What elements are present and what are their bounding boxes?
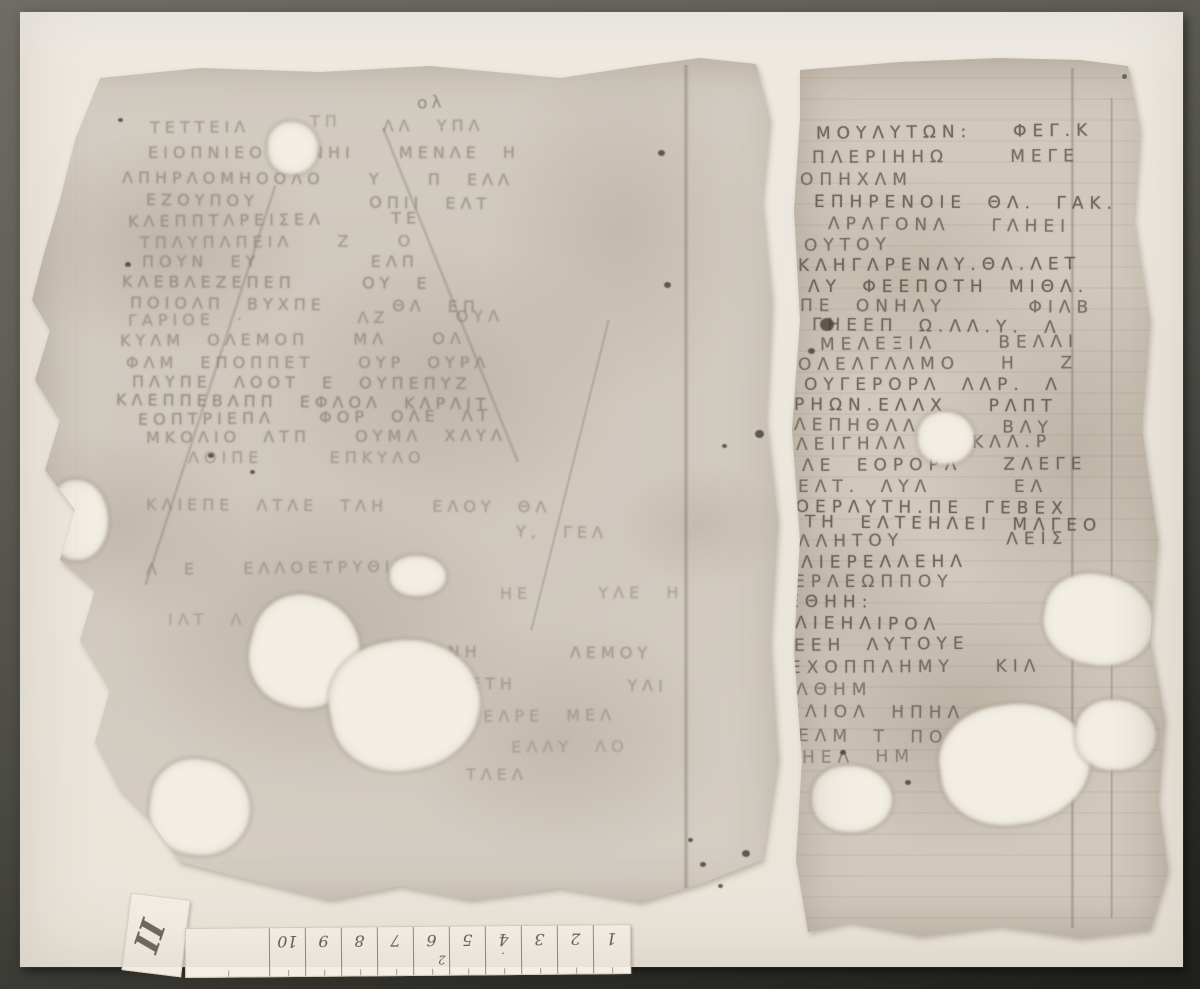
ruler-tick <box>504 968 505 974</box>
text-line: ΕΡΛΕΩΠΠΟΥ <box>794 572 954 592</box>
ink-speck <box>664 282 671 288</box>
left-page: ολ ΤΠΤΕΤΤΕΙΛ ΛΛ ΥΠΛΕΙΟΠΝΙΕΟ ΝΗΙ ΜΕΝΛΕ ΗΛ… <box>28 55 790 910</box>
ruler-cell: 9 <box>305 928 341 976</box>
manuscript-photograph: ολ ΤΠΤΕΤΤΕΙΛ ΛΛ ΥΠΛΕΙΟΠΝΙΕΟ ΝΗΙ ΜΕΝΛΕ ΗΛ… <box>20 12 1183 967</box>
ink-speck <box>700 862 706 867</box>
text-line: ΚΛΕΒΛΕΖΕΠΕΠ ΟΥ Ε <box>122 272 432 293</box>
ruler-number: 7 <box>378 931 413 950</box>
text-line: ΟΝΗ ΛΕΜΟΥ <box>430 642 652 662</box>
text-line: ΤΠΛΥΠΛΠΕΙΛ Ζ Ο <box>140 231 415 252</box>
ruler-number: 1 <box>594 929 629 948</box>
text-line: ΟΛΕΛΓΛΛΜΟ Η Ζ <box>798 353 1078 375</box>
text-line: ΕΘΗΗ: <box>788 592 874 613</box>
text-line: ΗΕ ΥΛΕ Η <box>500 583 683 603</box>
ink-speck <box>905 780 911 785</box>
text-line: ΚΛΙΕΠΕ ΛΤΛΕ ΤΛΗ ΕΛΟΥ ΘΛ <box>146 495 551 516</box>
ruler-tick <box>468 968 469 974</box>
text-line: ΟΥΤΟΥ <box>804 235 892 256</box>
text-line: ΗΕΛ ΗΜ <box>802 747 915 768</box>
damage-hole <box>1037 566 1161 674</box>
damage-hole <box>812 766 892 832</box>
ruler-cell: 8 <box>341 927 377 975</box>
right-page: ΜΟΥΛΥΤΩΝ: ΦΕΓ.ΚΠΛΕΡΙΗΗΩ ΜΕΓΕΟΠΗΧΛΜΕΠΗΡΕΝ… <box>792 58 1172 940</box>
damage-hole <box>1076 700 1156 770</box>
text-line: ΛΟΙΠΕ ΕΠΚΥΛΟ <box>188 448 426 467</box>
text-line: ΜΚΟΛΙΟ ΛΤΠ ΟΥΜΛ ΧΛΥΛ <box>146 426 507 447</box>
ruler-cell: 10 <box>269 928 305 976</box>
ruler-number: 5 <box>450 930 485 949</box>
ink-speck <box>208 453 214 458</box>
text-line: ΟΠΗΧΛΜ <box>800 170 913 190</box>
ruler-tick <box>324 970 325 976</box>
text-line: ΦΛΜ ΕΠΟΠΠΕΤ ΟΥΡ ΟΥΡΛ <box>126 353 490 372</box>
damage-hole <box>144 754 256 862</box>
ruler-cell: 6 <box>413 927 449 975</box>
ink-speck <box>742 850 750 857</box>
text-line: ΕΛΤ. ΛΥΛ ΕΛ <box>798 477 1048 497</box>
ink-speck <box>718 884 723 888</box>
ink-speck <box>755 430 764 438</box>
ruler-cell: 5 <box>449 926 485 974</box>
scale-ruler: 109876543212· <box>185 924 631 978</box>
damage-hole <box>390 556 446 596</box>
text-line: ΛΠΗΡΛΟΜΗΟΟΛΟ Υ Π ΕΛΛ <box>122 168 514 189</box>
left-page-text: ολ ΤΠΤΕΤΤΕΙΛ ΛΛ ΥΠΛΕΙΟΠΝΙΕΟ ΝΗΙ ΜΕΝΛΕ ΗΛ… <box>28 55 790 910</box>
ink-speck <box>722 444 727 448</box>
text-line: ΛΘΗΜ <box>796 680 872 700</box>
text-line: ΟΥΓΕΡΟΡΛ ΛΛΡ. Λ <box>804 375 1063 395</box>
text-line: ΜΕΛΕΞΙΛ ΒΕΛΛΙ <box>820 332 1079 355</box>
text-line: ΤΛΕΛ <box>466 765 528 784</box>
text-line: ΕΕΗ ΛΥΤΟΥΕ <box>794 634 970 656</box>
plate-label-card: II <box>121 893 190 978</box>
text-line: ΙΛΤ Λ <box>168 610 246 629</box>
ruler-tick <box>612 967 613 973</box>
ink-speck <box>840 750 846 755</box>
ink-speck <box>125 262 131 267</box>
ruler-tick <box>360 969 361 975</box>
ruler-cell: 1 <box>593 925 629 973</box>
ruler-extra-mark: · <box>501 946 505 960</box>
text-line: ΚΛΙΟΛ ΗΠΗΛ <box>788 702 965 723</box>
damage-hole <box>48 480 108 560</box>
text-line: ΕΠΗΡΕΝΟΙΕ ΘΛ. ΓΑΚ. <box>814 192 1118 214</box>
ruler-tick <box>396 969 397 975</box>
ruler-tick <box>432 969 433 975</box>
text-line: ΕΧΟΠΠΛΗΜΥ ΚΙΛ <box>790 656 1042 678</box>
text-line: ΠΛΕΡΙΗΗΩ ΜΕΓΕ <box>812 146 1080 168</box>
text-line: ΓΑΡΙΟΕ · ΛΖ ΟΥΛ <box>128 306 504 330</box>
damage-hole <box>268 122 318 174</box>
text-line: ΠΟΥΝ ΕΥ ΕΛΠ <box>142 252 419 271</box>
text-line: ΛΛΗΤΟΥ ΛΕΙΣ <box>798 529 1069 552</box>
ink-speck <box>688 838 693 842</box>
ruler-cell: 7 <box>377 927 413 975</box>
ink-speck <box>118 118 123 122</box>
ruler-number: 2 <box>558 929 593 948</box>
text-line: ΚΛΙΕΗΛΙΡΟΛ <box>778 613 941 635</box>
text-line: ΜΟΥΛΥΤΩΝ: ΦΕΓ.Κ <box>816 121 1093 144</box>
ruler-tick <box>228 971 229 977</box>
text-line: ΤΕΤΤΕΙΛ ΛΛ ΥΠΛ <box>150 116 485 137</box>
corner-speck <box>1122 74 1127 79</box>
photo-mount: { "photo": { "colors": { "background": "… <box>0 0 1200 989</box>
text-line: ΛΡΛΓΟΝΛ ΓΛΗΕΙ <box>828 214 1071 237</box>
folio-mark: ολ <box>416 92 445 113</box>
ruler-tick <box>540 968 541 974</box>
ruler-number: 8 <box>342 931 377 950</box>
ruler-extra-mark: 2 <box>438 953 446 967</box>
ruler-tick <box>288 970 289 976</box>
ruler-cell: 2 <box>557 925 593 973</box>
ink-speck <box>658 150 665 156</box>
ruler-cell: 3 <box>521 926 557 974</box>
text-line: ΚΥΛΜ ΟΛΕΜΟΠ ΜΛ ΟΛ <box>120 329 466 350</box>
text-line: Υ, ΓΕΛ <box>516 522 608 542</box>
plate-label-text: II <box>127 915 175 958</box>
text-line: ΡΗΩΝ.ΕΛΛΧ ΡΛΠΤ <box>794 395 1058 417</box>
text-line: ΚΛΙΕΡΕΛΛΕΗΛ <box>784 552 968 573</box>
ruler-tick <box>576 968 577 974</box>
ink-speck <box>808 348 815 354</box>
ruler-number: 3 <box>522 930 557 949</box>
right-page-parchment: ΜΟΥΛΥΤΩΝ: ΦΕΓ.ΚΠΛΕΡΙΗΗΩ ΜΕΓΕΟΠΗΧΛΜΕΠΗΡΕΝ… <box>792 58 1172 940</box>
ruler-number: 9 <box>306 932 341 951</box>
ruler-number: 10 <box>270 932 305 951</box>
text-line: ΚΛΗΓΛΡΕΝΛΥ.ΘΛ.ΛΕΤ <box>798 254 1081 276</box>
ink-speck <box>820 318 834 331</box>
text-line: ΛΥ ΦΕΕΠΟΤΗ ΜΙΘΛ. <box>808 277 1089 297</box>
text-line: Λ Ε ΕΛΛΟΕΤΡΥΘΙ <box>146 557 395 579</box>
ruler-number: 6 <box>414 931 449 950</box>
text-line: ΕΤΗ ΥΛΙ <box>470 674 668 695</box>
text-line: ΕΙΟΠΝΙΕΟ ΝΗΙ ΜΕΝΛΕ Η <box>148 143 520 162</box>
ruler-cell <box>186 928 269 977</box>
damage-hole <box>918 412 974 464</box>
ink-speck <box>250 470 255 474</box>
right-page-text: ΜΟΥΛΥΤΩΝ: ΦΕΓ.ΚΠΛΕΡΙΗΗΩ ΜΕΓΕΟΠΗΧΛΜΕΠΗΡΕΝ… <box>792 58 1172 940</box>
text-line: ΚΛΕΠΠΤΛΡΕΙΣΕΛ ΤΕ <box>128 208 421 231</box>
left-page-parchment: ολ ΤΠΤΕΤΤΕΙΛ ΛΛ ΥΠΛΕΙΟΠΝΙΕΟ ΝΗΙ ΜΕΝΛΕ ΗΛ… <box>28 55 790 910</box>
